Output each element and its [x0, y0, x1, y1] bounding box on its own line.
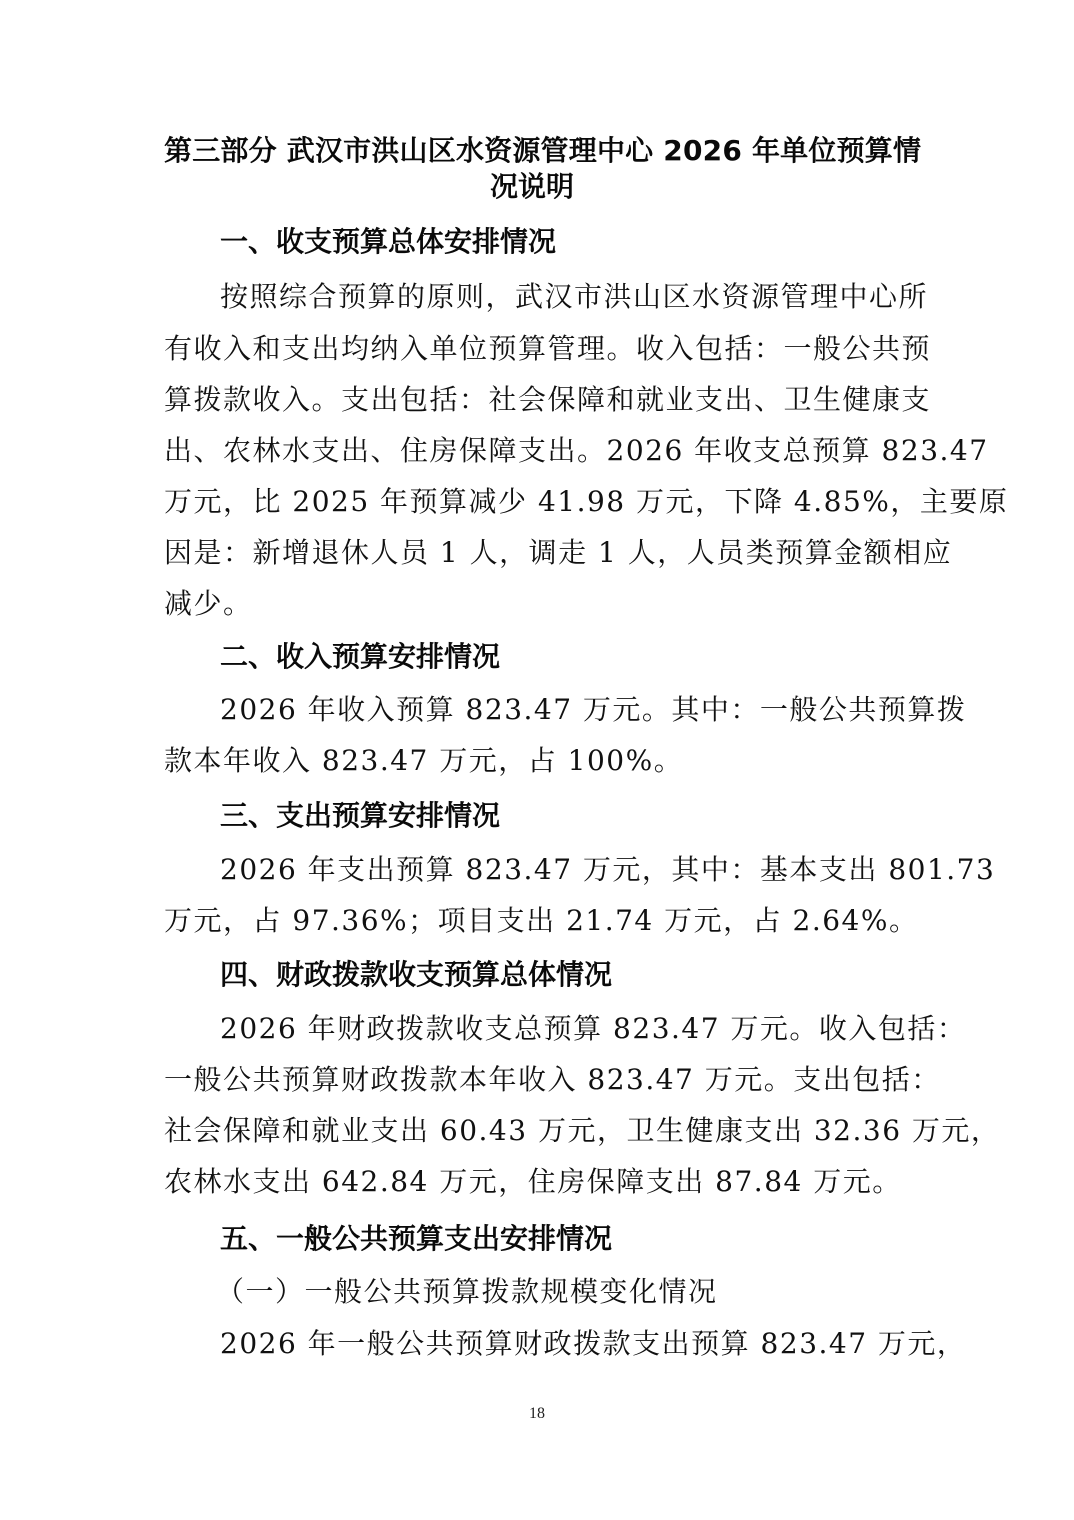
subsection-heading: （一）一般公共预算拨款规模变化情况 [216, 1278, 718, 1306]
paragraph-line: 按照综合预算的原则，武汉市洪山区水资源管理中心所 [220, 283, 928, 311]
paragraph-line: 万元，比 2025 年预算减少 41.98 万元，下降 4.85%，主要原 [164, 488, 1008, 516]
section-heading-3: 三、支出预算安排情况 [220, 802, 500, 830]
document-title-line-1: 第三部分 武汉市洪山区水资源管理中心 2026 年单位预算情 [164, 137, 921, 165]
document-title-line-2: 况说明 [490, 173, 574, 201]
section-heading-1: 一、收支预算总体安排情况 [220, 228, 556, 256]
paragraph-line: 因是：新增退休人员 1 人，调走 1 人，人员类预算金额相应 [164, 539, 952, 567]
section-heading-2: 二、收入预算安排情况 [220, 643, 500, 671]
page-number: 18 [529, 1406, 545, 1422]
document-page: 第三部分 武汉市洪山区水资源管理中心 2026 年单位预算情 况说明 一、收支预… [0, 0, 1074, 1520]
paragraph-line: 2026 年一般公共预算财政拨款支出预算 823.47 万元， [220, 1330, 966, 1358]
section-heading-5: 五、一般公共预算支出安排情况 [220, 1225, 612, 1253]
paragraph-line: 2026 年财政拨款收支总预算 823.47 万元。收入包括： [220, 1015, 966, 1043]
paragraph-line: 款本年收入 823.47 万元，占 100%。 [164, 747, 683, 775]
paragraph-line: 算拨款收入。支出包括：社会保障和就业支出、卫生健康支 [164, 386, 931, 414]
paragraph-line: 万元，占 97.36%；项目支出 21.74 万元，占 2.64%。 [164, 907, 918, 935]
paragraph-line: 一般公共预算财政拨款本年收入 823.47 万元。支出包括： [164, 1066, 941, 1094]
paragraph-line: 减少。 [164, 590, 253, 618]
paragraph-line: 有收入和支出均纳入单位预算管理。收入包括：一般公共预 [164, 335, 931, 363]
paragraph-line: 农林水支出 642.84 万元，住房保障支出 87.84 万元。 [164, 1168, 902, 1196]
paragraph-line: 2026 年支出预算 823.47 万元，其中：基本支出 801.73 [220, 856, 995, 884]
paragraph-line: 2026 年收入预算 823.47 万元。其中：一般公共预算拨 [220, 696, 966, 724]
section-heading-4: 四、财政拨款收支预算总体情况 [220, 961, 612, 989]
paragraph-line: 出、农林水支出、住房保障支出。2026 年收支总预算 823.47 [164, 437, 989, 465]
paragraph-line: 社会保障和就业支出 60.43 万元，卫生健康支出 32.36 万元， [164, 1117, 1000, 1145]
